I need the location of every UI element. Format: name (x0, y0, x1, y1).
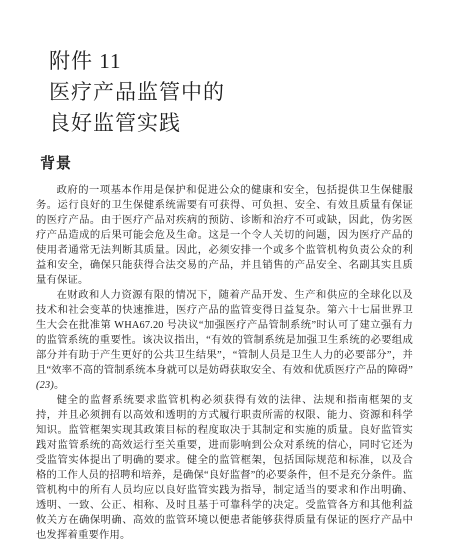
document-title-line2: 良好监管实践 (49, 108, 413, 139)
annex-number: 附件 11 (49, 46, 413, 77)
document-title-line1: 医疗产品监管中的 (49, 77, 413, 108)
paragraph-regulatory-complexity: 在财政和人力资源有限的情况下，随着产品开发、生产和供应的全球化以及技术和社会变革… (36, 288, 413, 393)
body-text: 政府的一项基本作用是保护和促进公众的健康和安全，包括提供卫生保健服务。运行良好的… (36, 183, 413, 543)
paragraph-2-main-text: 在财政和人力资源有限的情况下，随着产品开发、生产和供应的全球化以及技术和社会变革… (36, 290, 413, 376)
title-block: 附件 11 医疗产品监管中的 良好监管实践 (49, 46, 413, 139)
document-page: 附件 11 医疗产品监管中的 良好监管实践 背景 政府的一项基本作用是保护和促进… (0, 0, 450, 550)
section-heading-background: 背景 (40, 155, 413, 173)
paragraph-2-closing-punctuation: 。 (54, 380, 65, 391)
reference-citation-23: (23) (36, 380, 54, 391)
paragraph-government-role: 政府的一项基本作用是保护和促进公众的健康和安全，包括提供卫生保健服务。运行良好的… (36, 183, 413, 288)
paragraph-sound-regulatory-system: 健全的监督系统要求监管机构必须获得有效的法律、法规和指南框架的支持，并且必须拥有… (36, 393, 413, 543)
